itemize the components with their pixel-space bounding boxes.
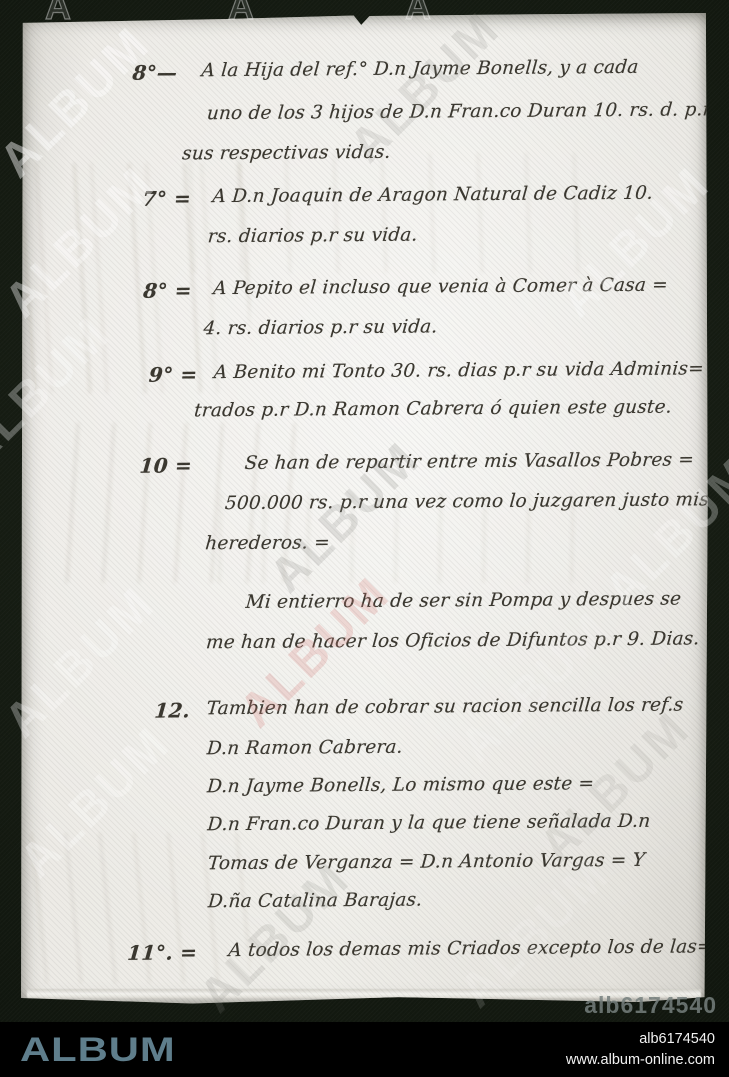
manuscript-line: A D.n Joaquin de Aragon Natural de Cadiz… <box>212 183 654 207</box>
manuscript-line: 500.000 rs. p.r una vez como lo juzgaren… <box>224 489 710 514</box>
manuscript-line: A Pepito el incluso que venia à Comer à … <box>212 275 668 300</box>
stock-photo-frame: 8°—A la Hija del ref.° D.n Jayme Bonells… <box>0 0 729 1077</box>
manuscript-line: Mi entierro ha de ser sin Pompa y despue… <box>245 589 682 613</box>
item-number: 8°— <box>132 60 178 84</box>
manuscript-line: herederos. = <box>204 532 330 554</box>
item-number: 12. <box>154 698 191 722</box>
item-number: 11°. = <box>127 940 199 965</box>
manuscript-page: 8°—A la Hija del ref.° D.n Jayme Bonells… <box>20 13 708 1004</box>
item-number: 8° = <box>142 278 192 302</box>
photo-background: 8°—A la Hija del ref.° D.n Jayme Bonells… <box>0 0 729 1022</box>
manuscript-line: me han de hacer los Oficios de Difuntos … <box>205 628 700 653</box>
manuscript-line: A la Hija del ref.° D.n Jayme Bonells, y… <box>201 57 640 81</box>
manuscript-line: A todos los demas mis Criados excepto lo… <box>228 936 714 961</box>
manuscript-line: D.n Ramon Cabrera. <box>206 737 404 760</box>
item-number: 9° = <box>148 362 198 386</box>
manuscript-line: rs. diarios p.r su vida. <box>207 225 418 248</box>
image-id-watermark: alb6174540 <box>584 992 717 1019</box>
item-number: 10 = <box>139 453 193 477</box>
manuscript-line: trados p.r D.n Ramon Cabrera ó quien est… <box>193 397 672 422</box>
manuscript-line: Tambien han de cobrar su racion sencilla… <box>206 694 685 719</box>
album-logo: ALBUM <box>20 1030 176 1069</box>
manuscript-line: sus respectivas vidas. <box>181 142 391 165</box>
manuscript-line: Tomas de Verganza = D.n Antonio Vargas =… <box>207 850 646 874</box>
caption-meta: alb6174540 www.album-online.com <box>566 1029 715 1070</box>
website-url: www.album-online.com <box>566 1050 715 1070</box>
manuscript-text: 8°—A la Hija del ref.° D.n Jayme Bonells… <box>16 10 712 1006</box>
manuscript-line: uno de los 3 hijos de D.n Fran.co Duran … <box>206 99 713 124</box>
item-number: 7° = <box>142 186 192 210</box>
manuscript-line: D.n Jayme Bonells, Lo mismo que este = <box>206 773 595 797</box>
manuscript-line: Se han de repartir entre mis Vasallos Po… <box>244 449 695 474</box>
manuscript-line: 4. rs. diarios p.r su vida. <box>203 316 439 339</box>
manuscript-line: A Benito mi Tonto 30. rs. dias p.r su vi… <box>213 358 705 383</box>
image-id: alb6174540 <box>566 1029 715 1049</box>
manuscript-line: D.ña Catalina Barajas. <box>207 890 423 913</box>
manuscript-line: D.n Fran.co Duran y la que tiene señalad… <box>207 811 652 835</box>
caption-bar: ALBUM alb6174540 www.album-online.com <box>0 1022 729 1077</box>
